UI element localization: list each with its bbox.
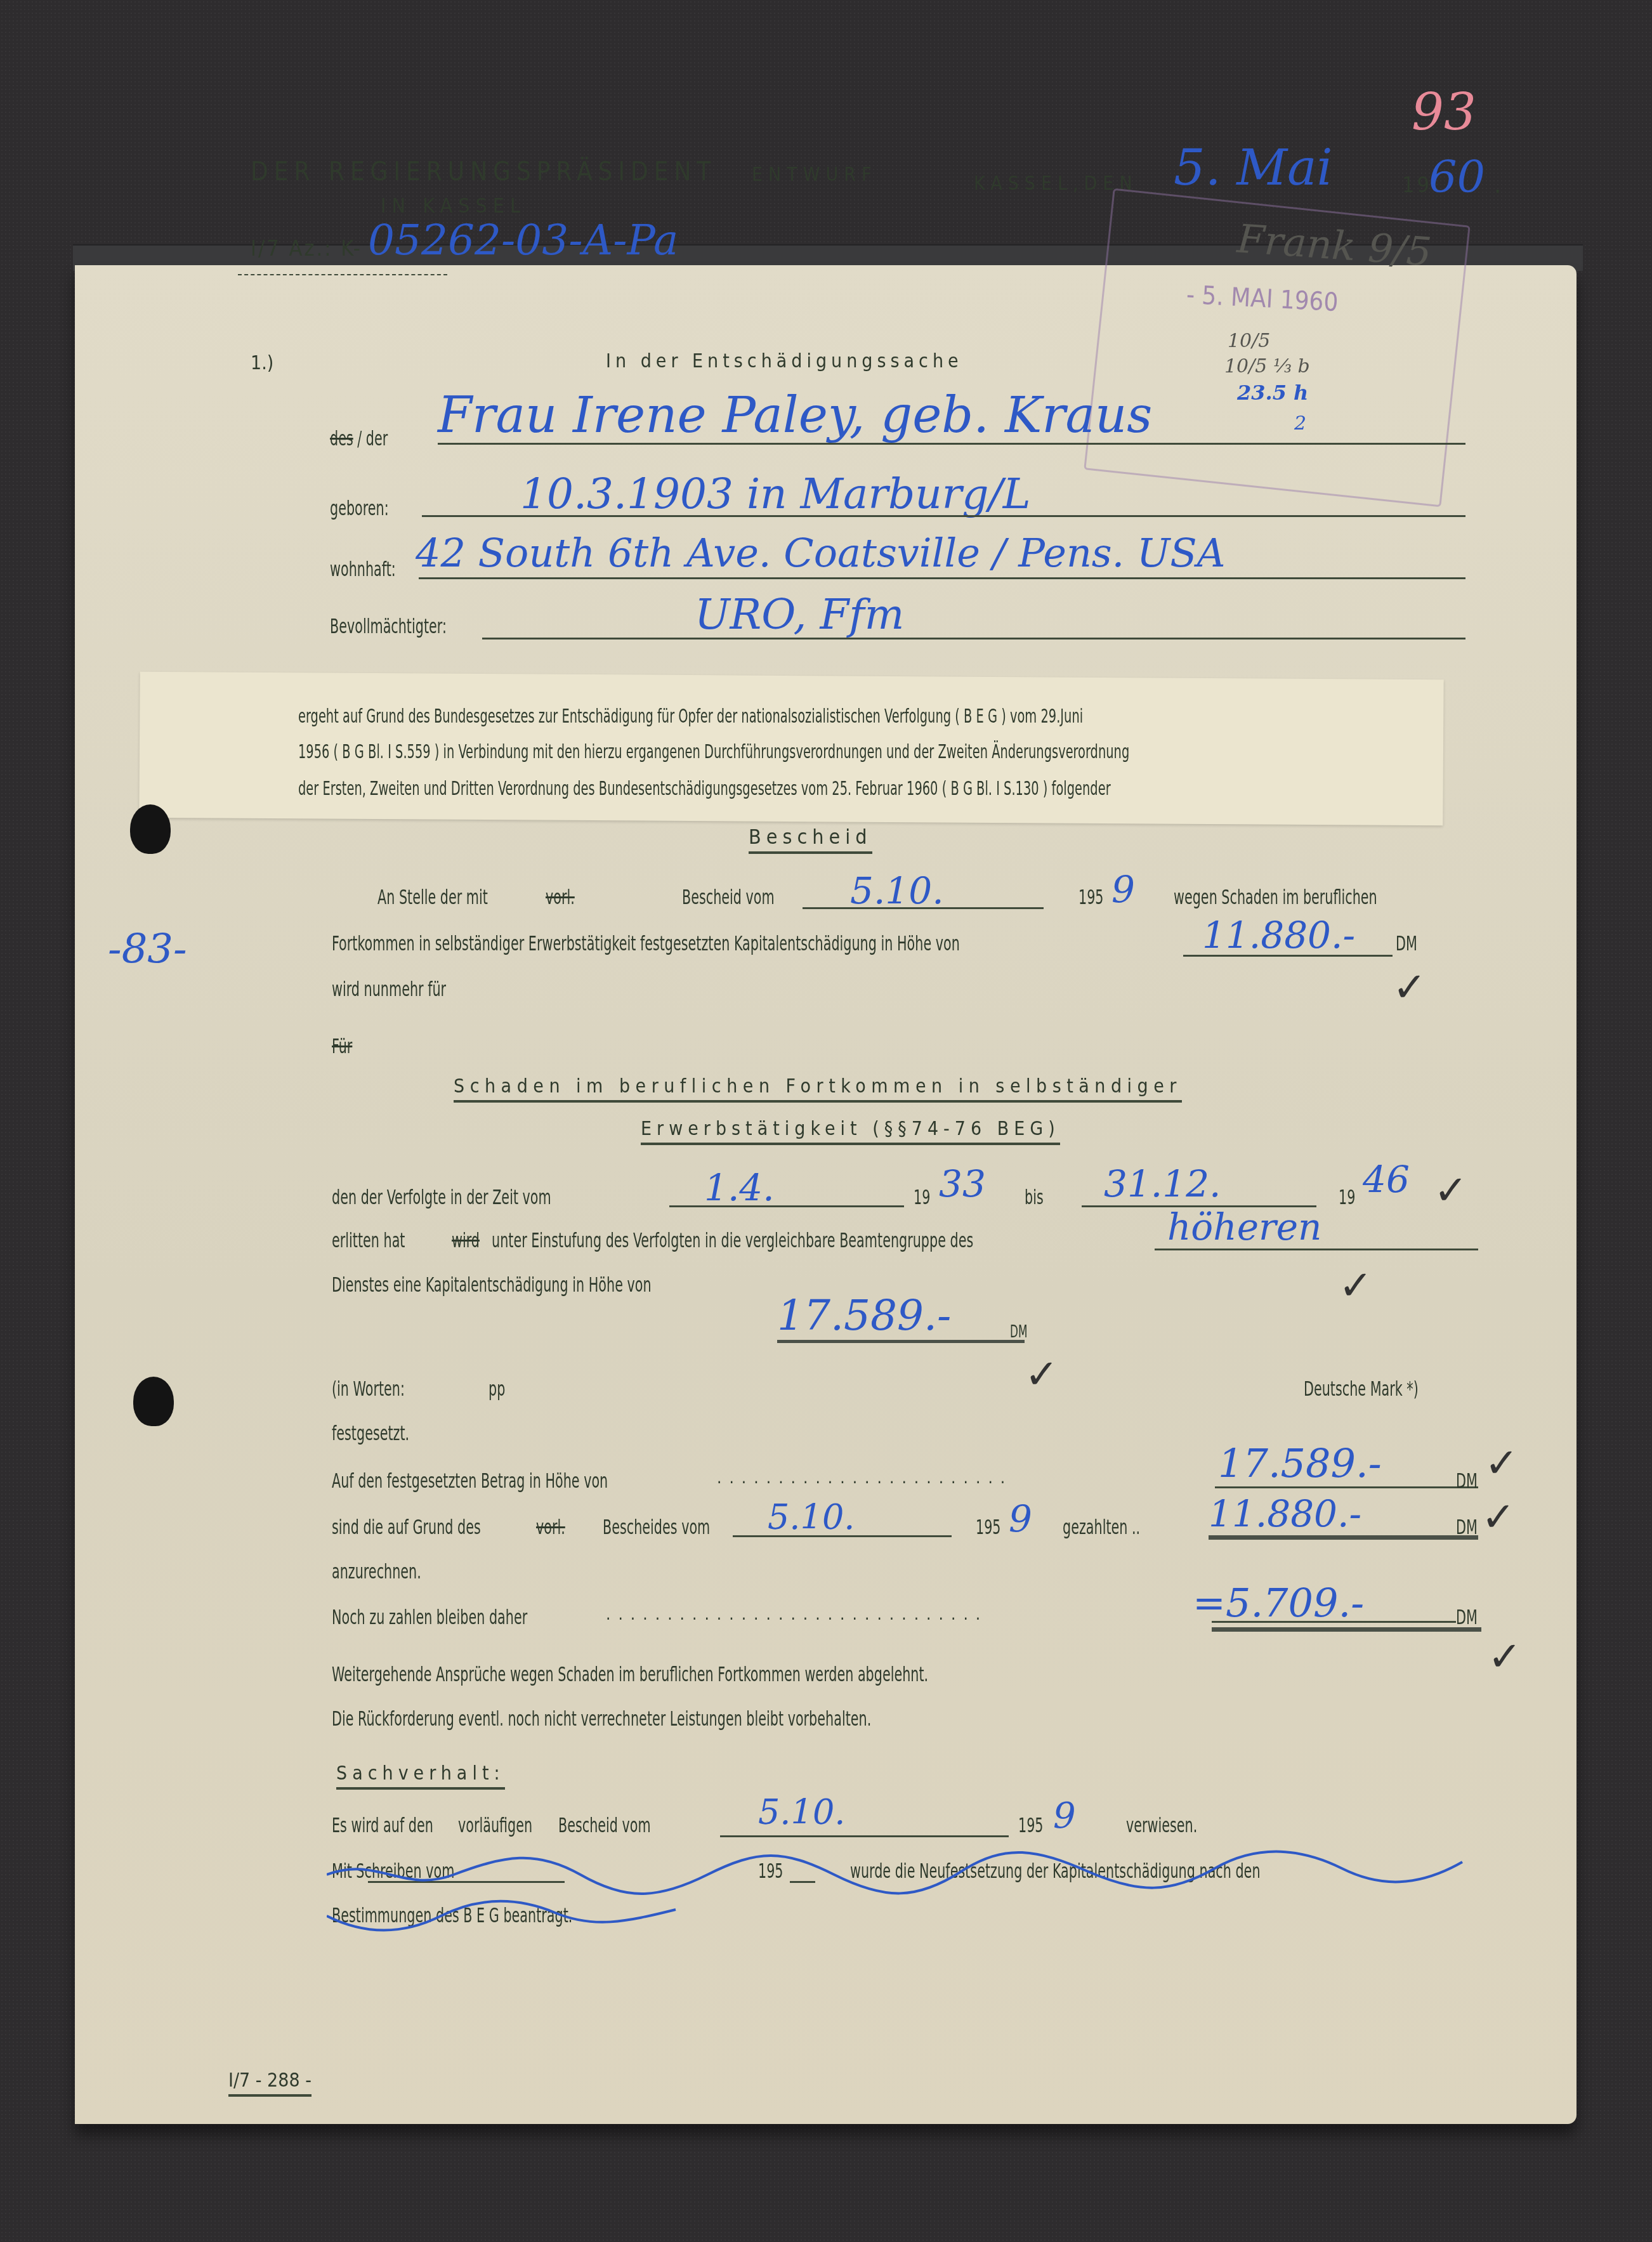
check-mark-4: ✓ bbox=[1025, 1351, 1059, 1398]
calc-row-2-year-prefix: 195 bbox=[976, 1515, 1001, 1539]
period-to-year: 46 bbox=[1363, 1158, 1410, 1201]
year-prefix: 19 bbox=[1402, 173, 1432, 198]
calc-row-1-currency: DM bbox=[1456, 1469, 1478, 1493]
field-label-born: geboren: bbox=[330, 496, 389, 520]
legal-basis-line-1: ergeht auf Grund des Bundesgesetzes zur … bbox=[298, 705, 1083, 728]
calc-row-3-label: anzurechnen. bbox=[332, 1559, 421, 1583]
check-mark-2: ✓ bbox=[1434, 1167, 1468, 1214]
period-year-prefix-2: 19 bbox=[1339, 1185, 1355, 1209]
period-bis: bis bbox=[1025, 1185, 1044, 1209]
calc-row-4-line bbox=[1212, 1621, 1456, 1623]
in-words-label: (in Worten: bbox=[332, 1377, 405, 1401]
period-to: 31.12. bbox=[1104, 1162, 1221, 1205]
check-mark-7: ✓ bbox=[1488, 1634, 1522, 1681]
grade-label-a: erlitten hat bbox=[332, 1228, 405, 1252]
facts-line1-c: verwiesen. bbox=[1126, 1813, 1197, 1837]
decision-line1-struck: vorl. bbox=[546, 885, 575, 909]
calc-row-1-amount: 17.589.- bbox=[1218, 1440, 1382, 1486]
decision-year: 9 bbox=[1111, 868, 1135, 911]
service-line: Dienstes eine Kapitalentschädigung in Hö… bbox=[332, 1273, 652, 1297]
in-words-value: pp bbox=[488, 1377, 505, 1401]
fixed-label: festgesetzt. bbox=[332, 1421, 409, 1445]
calc-row-4-currency: DM bbox=[1456, 1605, 1478, 1629]
calc-row-4-dots: ............................... bbox=[606, 1605, 988, 1624]
check-mark-1: ✓ bbox=[1393, 964, 1427, 1011]
file-ref-underline bbox=[238, 274, 447, 278]
file-ref-label: I/7 Az.: K- bbox=[251, 236, 362, 261]
decision-line2: Fortkommen in selbständiger Erwerbstätig… bbox=[332, 931, 960, 955]
calc-row-2-currency: DM bbox=[1456, 1515, 1478, 1539]
grade-struck: wird bbox=[452, 1228, 480, 1252]
decision-prior-date: 5.10. bbox=[850, 869, 944, 912]
representative-value: URO, Ffm bbox=[695, 590, 904, 639]
section-title-2: Erwerbstätigkeit (§§74-76 BEG) bbox=[641, 1118, 1060, 1140]
facts-title: Sachverhalt: bbox=[336, 1762, 505, 1785]
authority-city: IN KASSEL bbox=[381, 193, 526, 218]
calc-row-1-line bbox=[1215, 1486, 1478, 1488]
file-ref-number: 05262-03-A-Pa bbox=[368, 216, 678, 265]
decision-prior-amount-line bbox=[1183, 955, 1393, 957]
grade-line bbox=[1155, 1249, 1478, 1250]
decision-line4-struck: Für bbox=[332, 1034, 352, 1058]
date-handwritten: 5. Mai bbox=[1174, 140, 1333, 197]
decision-line1-b: Bescheid vom bbox=[682, 885, 775, 909]
check-mark-3: ✓ bbox=[1339, 1262, 1373, 1309]
facts-date: 5.10. bbox=[758, 1792, 845, 1832]
punch-hole-upper bbox=[130, 804, 171, 854]
birth-value: 10.3.1903 in Marburg/L bbox=[520, 469, 1031, 518]
facts-line1-b: Bescheid vom bbox=[558, 1813, 651, 1837]
grade-label-b: unter Einstufung des Verfolgten in die v… bbox=[492, 1228, 973, 1252]
representative-line bbox=[482, 638, 1465, 639]
claimant-name-line bbox=[438, 443, 1465, 445]
calc-row-2-label-c: gezahlten .. bbox=[1063, 1515, 1140, 1539]
service-amount-line bbox=[777, 1340, 1025, 1343]
case-heading: In der Entschädigungssache bbox=[606, 350, 963, 372]
period-from-line bbox=[669, 1205, 904, 1207]
facts-line1-struck: vorläufigen bbox=[458, 1813, 532, 1837]
period-from: 1.4. bbox=[704, 1166, 775, 1209]
facts-year-prefix: 195 bbox=[1018, 1813, 1044, 1837]
closing-line-1: Weitergehende Ansprüche wegen Schaden im… bbox=[332, 1662, 928, 1686]
calc-row-2-amount: 11.880.- bbox=[1209, 1492, 1361, 1535]
calc-row-1-dots: ........................ bbox=[717, 1469, 1013, 1488]
decision-line3: wird nunmehr für bbox=[332, 977, 446, 1001]
punch-hole-lower bbox=[133, 1377, 174, 1426]
field-label-representative: Bevollmächtigter: bbox=[330, 614, 447, 638]
margin-mark: -83- bbox=[108, 926, 187, 973]
calc-row-4-label: Noch zu zahlen bleiben daher bbox=[332, 1605, 527, 1629]
facts-line1-a: Es wird auf den bbox=[332, 1813, 433, 1837]
residence-line bbox=[419, 577, 1465, 579]
wavy-strike-line-2 bbox=[327, 1849, 1469, 1900]
calc-row-2-label-a: sind die auf Grund des bbox=[332, 1515, 481, 1539]
pencil-note-2: 10/5 ⅓ b bbox=[1224, 355, 1310, 377]
claimant-name: Frau Irene Paley, geb. Kraus bbox=[438, 387, 1152, 444]
form-number: I/7 - 288 - bbox=[228, 2069, 311, 2092]
service-amount: 17.589.- bbox=[777, 1291, 951, 1340]
decision-year-prefix: 195 bbox=[1078, 885, 1104, 909]
legal-basis-line-2: 1956 ( B G Bl. I S.559 ) in Verbindung m… bbox=[298, 741, 1129, 763]
wavy-strike-line-3 bbox=[327, 1897, 682, 1935]
period-from-year: 33 bbox=[939, 1162, 986, 1205]
decision-prior-date-line bbox=[803, 907, 1044, 909]
year-handwritten: 60 bbox=[1429, 151, 1485, 203]
grade-value: höheren bbox=[1167, 1205, 1321, 1249]
field-label-residence: wohnhaft: bbox=[330, 557, 396, 581]
calc-row-2-date-line bbox=[733, 1535, 952, 1537]
decision-prior-amount: 11.880.- bbox=[1202, 914, 1355, 957]
authority-name: DER REGIERUNGSPRÄSIDENT bbox=[251, 157, 716, 187]
calc-row-2-line bbox=[1209, 1535, 1478, 1540]
check-mark-6: ✓ bbox=[1481, 1494, 1516, 1541]
draft-label: ENTWURF bbox=[752, 164, 877, 186]
birth-line bbox=[422, 515, 1465, 517]
pencil-note-1: 10/5 bbox=[1228, 330, 1270, 352]
calc-row-4-amount: =5.709.- bbox=[1193, 1580, 1364, 1626]
year-period: . bbox=[1494, 170, 1501, 199]
decision-title: Bescheid bbox=[749, 825, 872, 849]
pencil-note-4: 2 bbox=[1294, 412, 1306, 435]
decision-currency: DM bbox=[1396, 931, 1417, 955]
calc-row-2-struck: vorl. bbox=[536, 1515, 565, 1539]
calc-row-4-double-line bbox=[1212, 1627, 1481, 1632]
legal-basis-line-3: der Ersten, Zweiten und Dritten Verordnu… bbox=[298, 778, 1111, 800]
calc-row-1-label: Auf den festgesetzten Betrag in Höhe von bbox=[332, 1469, 608, 1493]
service-currency: DM bbox=[1010, 1323, 1028, 1342]
item-number: 1.) bbox=[251, 352, 273, 374]
facts-year: 9 bbox=[1053, 1795, 1076, 1837]
closing-line-2: Die Rückforderung eventl. noch nicht ver… bbox=[332, 1707, 871, 1731]
calc-row-2-year: 9 bbox=[1009, 1497, 1032, 1540]
facts-date-line bbox=[720, 1835, 1009, 1837]
check-mark-5: ✓ bbox=[1485, 1440, 1519, 1487]
calc-row-2-label-b: Bescheides vom bbox=[603, 1515, 710, 1539]
section-title-1: Schaden im beruflichen Fortkommen in sel… bbox=[454, 1075, 1182, 1098]
calc-row-2-date: 5.10. bbox=[768, 1497, 855, 1537]
residence-value: 42 South 6th Ave. Coatsville / Pens. USA bbox=[416, 530, 1226, 576]
decision-line1-c: wegen Schaden im beruflichen bbox=[1174, 885, 1377, 909]
folio-number: 93 bbox=[1412, 82, 1476, 141]
decision-line1-a: An Stelle der mit bbox=[377, 885, 488, 909]
period-label: den der Verfolgte in der Zeit vom bbox=[332, 1185, 551, 1209]
period-year-prefix-1: 19 bbox=[914, 1185, 930, 1209]
in-words-suffix: Deutsche Mark *) bbox=[1304, 1377, 1419, 1401]
pencil-note-3: 23.5 h bbox=[1237, 381, 1308, 405]
field-label-des-struck: des / der bbox=[330, 426, 388, 450]
